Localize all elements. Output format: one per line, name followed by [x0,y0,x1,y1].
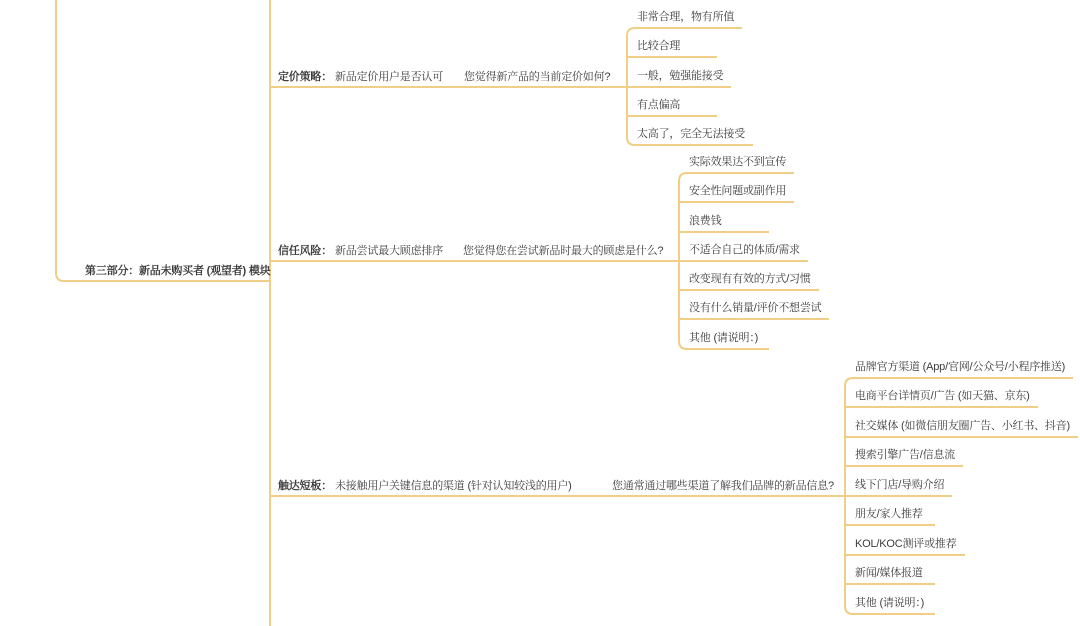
option-node[interactable]: 浪费钱 [689,214,769,233]
option-node[interactable]: 新闻/媒体报道 [855,566,935,585]
connector-lines [0,0,1080,626]
mindmap-canvas: 第三部分：新品未购买者 (观望者) 模块 定价策略：新品定价用户是否认可 您觉得… [0,0,1080,626]
option-node[interactable]: 社交媒体 (如微信朋友圈广告、小红书、抖音) [855,419,1078,438]
branch-title-text: 新品尝试最大顾虑排序 [335,245,443,257]
option-node[interactable]: 朋友/家人推荐 [855,507,935,526]
option-node[interactable]: 线下门店/导购介绍 [855,478,952,497]
option-node[interactable]: 非常合理，物有所值 [637,10,742,29]
branch-title-prefix: 触达短板： [278,480,332,492]
branch1-options-bracket [627,28,637,145]
option-node[interactable]: 没有什么销量/评价不想尝试 [689,301,829,320]
option-node[interactable]: 一般，勉强能接受 [637,69,731,88]
option-node[interactable]: 不适合自己的体质/需求 [689,243,808,262]
option-node[interactable]: 其他 (请说明：) [689,331,769,350]
branch-title-text: 未接触用户关键信息的渠道 (针对认知较浅的用户) [335,480,572,492]
branch-title-prefix: 定价策略： [278,71,332,83]
root-topic[interactable]: 第三部分：新品未购买者 (观望者) 模块 [85,264,270,278]
option-node[interactable]: 有点偏高 [637,98,717,117]
question-trust-risk[interactable]: 您觉得您在尝试新品时最大的顾虑是什么? [463,244,663,258]
branch-title-trust-risk[interactable]: 信任风险：新品尝试最大顾虑排序 [278,244,443,258]
option-node[interactable]: 比较合理 [637,39,717,58]
branch-title-prefix: 信任风险： [278,245,332,257]
option-node[interactable]: 安全性问题或副作用 [689,184,794,203]
option-node[interactable]: 改变现有有效的方式/习惯 [689,272,819,291]
question-channels[interactable]: 您通常通过哪些渠道了解我们品牌的新品信息? [612,479,834,493]
option-node[interactable]: 太高了，完全无法接受 [637,127,753,146]
option-node[interactable]: 其他 (请说明：) [855,596,935,615]
branch-title-text: 新品定价用户是否认可 [335,71,443,83]
option-node[interactable]: 搜索引擎广告/信息流 [855,448,963,467]
branch-title-pricing-strategy[interactable]: 定价策略：新品定价用户是否认可 [278,70,443,84]
option-node[interactable]: KOL/KOC测评或推荐 [855,537,965,556]
root-elbow-line [56,0,270,281]
option-node[interactable]: 实际效果达不到宣传 [689,155,794,174]
question-pricing[interactable]: 您觉得新产品的当前定价如何? [464,70,610,84]
branch3-options-bracket [845,378,855,614]
branch2-options-bracket [679,173,689,349]
branch-title-reach-gap[interactable]: 触达短板：未接触用户关键信息的渠道 (针对认知较浅的用户) [278,479,572,493]
option-node[interactable]: 品牌官方渠道 (App/官网/公众号/小程序推送) [855,360,1073,379]
option-node[interactable]: 电商平台详情页/广告 (如天猫、京东) [855,389,1038,408]
